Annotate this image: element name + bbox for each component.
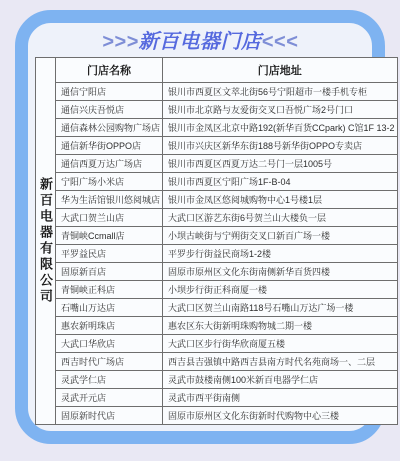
table-row: 通信西夏万达广场店 银川市西夏区西夏万达二号门一层1005号 — [36, 155, 398, 173]
store-name-cell: 青铜峡正科店 — [56, 281, 163, 299]
title-arrows-right: <<< — [262, 31, 299, 53]
store-address-cell: 大武口区贺兰山南路118号石嘴山万达广场一楼 — [163, 299, 398, 317]
page-title: >>>新百电器门店<<< — [28, 27, 372, 57]
store-address-cell: 西吉县吉强镇中路西吉县南方时代名苑商场一、二层 — [163, 353, 398, 371]
store-name-cell: 通信西夏万达广场店 — [56, 155, 163, 173]
store-address-cell: 小坝步行街正科商厦一楼 — [163, 281, 398, 299]
table-row: 惠农新明珠店 惠农区东大街新明珠购物城二期一楼 — [36, 317, 398, 335]
table-row: 西吉时代广场店 西吉县吉强镇中路西吉县南方时代名苑商场一、二层 — [36, 353, 398, 371]
table-row: 灵武学仁店 灵武市鼓楼南侧100米新百电器学仁店 — [36, 371, 398, 389]
column-header-store-address: 门店地址 — [163, 58, 398, 83]
title-arrows-left: >>> — [102, 31, 139, 53]
table-row: 大武口贺兰山店 大武口区游艺东街6号贺兰山大楼负一层 — [36, 209, 398, 227]
store-address-cell: 固原市原州区文化东街新时代购物中心三楼 — [163, 407, 398, 425]
store-name-cell: 青铜峡Ccmall店 — [56, 227, 163, 245]
store-name-cell: 通信新华街OPPO店 — [56, 137, 163, 155]
store-name-cell: 平罗益民店 — [56, 245, 163, 263]
table-row: 通信森林公园购物广场店 银川市金凤区北京中路192(新华百货CCpark) C馆… — [36, 119, 398, 137]
store-address-cell: 固原市原州区文化东街南侧新华百货四楼 — [163, 263, 398, 281]
table-row: 固原新百店 固原市原州区文化东街南侧新华百货四楼 — [36, 263, 398, 281]
column-header-store-name: 门店名称 — [56, 58, 163, 83]
table-row: 青铜峡Ccmall店 小坝古峡街与宁朔街交叉口新百广场一楼 — [36, 227, 398, 245]
store-name-cell: 华为生活馆银川悠阅城店 — [56, 191, 163, 209]
table-row: 石嘴山万达店 大武口区贺兰山南路118号石嘴山万达广场一楼 — [36, 299, 398, 317]
store-address-cell: 大武口区游艺东街6号贺兰山大楼负一层 — [163, 209, 398, 227]
store-name-cell: 惠农新明珠店 — [56, 317, 163, 335]
store-address-cell: 惠农区东大街新明珠购物城二期一楼 — [163, 317, 398, 335]
store-address-cell: 平罗步行街益民商场1-2楼 — [163, 245, 398, 263]
store-table: 新百电器有限公司 门店名称 门店地址 通信宁阳店 银川市西夏区文萃北街56号宁阳… — [35, 57, 398, 425]
store-list-card: >>>新百电器门店<<< 新百电器有限公司 门店名称 门店地址 通信宁阳店 银川… — [15, 10, 385, 444]
card-inner: >>>新百电器门店<<< 新百电器有限公司 门店名称 门店地址 通信宁阳店 银川… — [28, 23, 372, 431]
table-row: 大武口华欣店 大武口区步行街华欣商厦五楼 — [36, 335, 398, 353]
store-name-cell: 固原新百店 — [56, 263, 163, 281]
store-address-cell: 银川市金凤区悠阅城购物中心1号楼1层 — [163, 191, 398, 209]
store-address-cell: 大武口区步行街华欣商厦五楼 — [163, 335, 398, 353]
table-row: 青铜峡正科店 小坝步行街正科商厦一楼 — [36, 281, 398, 299]
table-row: 通信兴庆吾悦店 银川市北京路与友爱街交叉口吾悦广场2号门口 — [36, 101, 398, 119]
store-name-cell: 通信兴庆吾悦店 — [56, 101, 163, 119]
store-name-cell: 灵武开元店 — [56, 389, 163, 407]
store-name-cell: 大武口贺兰山店 — [56, 209, 163, 227]
table-row: 灵武开元店 灵武市西平街南侧 — [36, 389, 398, 407]
store-name-cell: 西吉时代广场店 — [56, 353, 163, 371]
table-row: 通信宁阳店 银川市西夏区文萃北街56号宁阳超市一楼手机专柜 — [36, 83, 398, 101]
store-address-cell: 小坝古峡街与宁朔街交叉口新百广场一楼 — [163, 227, 398, 245]
store-name-cell: 大武口华欣店 — [56, 335, 163, 353]
table-row: 华为生活馆银川悠阅城店 银川市金凤区悠阅城购物中心1号楼1层 — [36, 191, 398, 209]
table-row: 固原新时代店 固原市原州区文化东街新时代购物中心三楼 — [36, 407, 398, 425]
store-address-cell: 灵武市鼓楼南侧100米新百电器学仁店 — [163, 371, 398, 389]
store-name-cell: 通信宁阳店 — [56, 83, 163, 101]
store-name-cell: 宁阳广场小米店 — [56, 173, 163, 191]
title-text: 新百电器门店 — [139, 31, 262, 53]
table-row: 宁阳广场小米店 银川市西夏区宁阳广场1F-B-04 — [36, 173, 398, 191]
store-address-cell: 灵武市西平街南侧 — [163, 389, 398, 407]
store-address-cell: 银川市北京路与友爱街交叉口吾悦广场2号门口 — [163, 101, 398, 119]
store-name-cell: 灵武学仁店 — [56, 371, 163, 389]
store-name-cell: 通信森林公园购物广场店 — [56, 119, 163, 137]
store-address-cell: 银川市西夏区文萃北街56号宁阳超市一楼手机专柜 — [163, 83, 398, 101]
table-row: 平罗益民店 平罗步行街益民商场1-2楼 — [36, 245, 398, 263]
table-header-row: 新百电器有限公司 门店名称 门店地址 — [36, 58, 398, 83]
store-name-cell: 固原新时代店 — [56, 407, 163, 425]
store-address-cell: 银川市金凤区北京中路192(新华百货CCpark) C馆1F 13-2 — [163, 119, 398, 137]
table-row: 通信新华街OPPO店 银川市兴庆区新华东街188号新华街OPPO专卖店 — [36, 137, 398, 155]
store-address-cell: 银川市兴庆区新华东街188号新华街OPPO专卖店 — [163, 137, 398, 155]
store-address-cell: 银川市西夏区西夏万达二号门一层1005号 — [163, 155, 398, 173]
store-address-cell: 银川市西夏区宁阳广场1F-B-04 — [163, 173, 398, 191]
store-name-cell: 石嘴山万达店 — [56, 299, 163, 317]
company-name-vertical-label: 新百电器有限公司 — [36, 58, 56, 425]
